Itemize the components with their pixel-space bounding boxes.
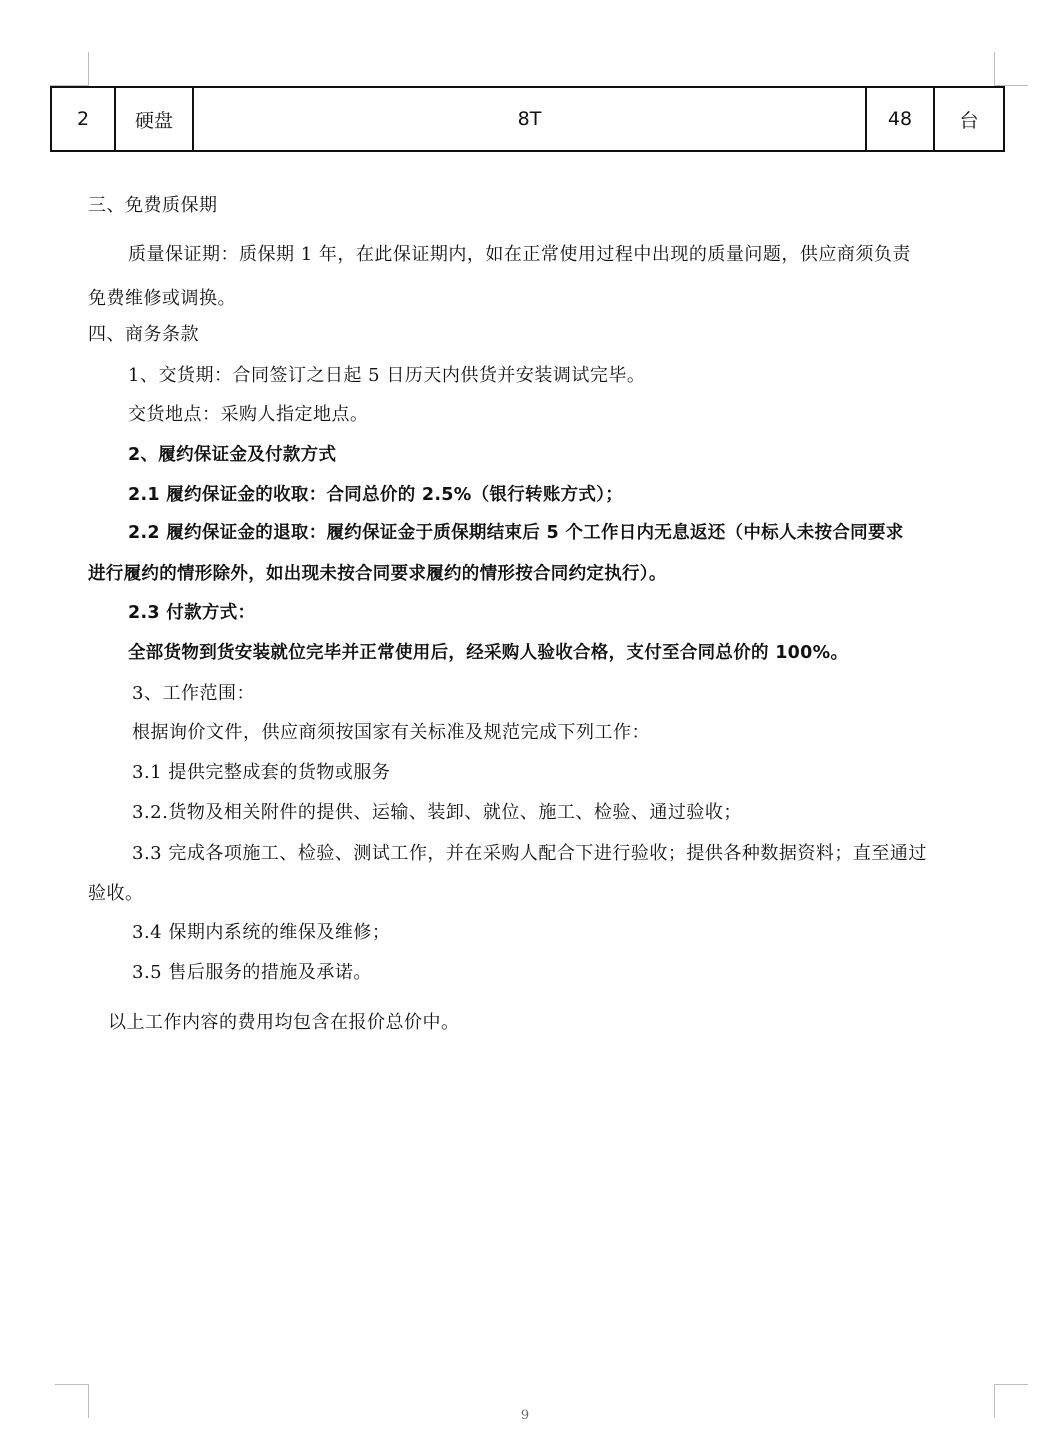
scope-item-3-3: 3.3 完成各项施工、检验、测试工作，并在采购人配合下进行验收；提供各种数据资料… (132, 839, 927, 865)
page-number: 9 (0, 1408, 1050, 1423)
equipment-table: 2 硬盘 8T 48 台 (50, 86, 1005, 152)
crop-mark-bottom-left-h (55, 1384, 88, 1385)
scope-item-3-1: 3.1 提供完整成套的货物或服务 (132, 758, 390, 784)
cell-name: 硬盘 (115, 87, 193, 151)
table-row: 2 硬盘 8T 48 台 (51, 87, 1004, 151)
payment-text: 全部货物到货安装就位完毕并正常使用后，经采购人验收合格，支付至合同总价的 100… (128, 639, 848, 664)
deposit-collect: 2.1 履约保证金的收取：合同总价的 2.5%（银行转账方式）； (128, 481, 623, 506)
scope-item-3-3-cont: 验收。 (88, 879, 144, 905)
payment-heading: 2.3 付款方式： (128, 599, 255, 624)
warranty-paragraph-line1: 质量保证期：质保期 1 年，在此保证期内，如在正常使用过程中出现的质量问题，供应… (128, 240, 911, 266)
cell-quantity: 48 (866, 87, 934, 151)
scope-item-3-5: 3.5 售后服务的措施及承诺。 (132, 958, 372, 984)
cell-index: 2 (51, 87, 115, 151)
deposit-return-line2: 进行履约的情形除外，如出现未按合同要求履约的情形按合同约定执行）。 (88, 560, 667, 585)
scope-intro: 根据询价文件，供应商须按国家有关标准及规范完成下列工作： (132, 718, 650, 744)
cell-unit: 台 (934, 87, 1004, 151)
crop-mark-bottom-right-h (994, 1384, 1028, 1385)
deposit-return-line1: 2.2 履约保证金的退取：履约保证金于质保期结束后 5 个工作日内无息返还（中标… (128, 519, 904, 544)
scope-item-3-4: 3.4 保期内系统的维保及维修； (132, 918, 390, 944)
scope-heading: 3、工作范围： (132, 679, 255, 705)
scope-item-3-2: 3.2.货物及相关附件的提供、运输、装卸、就位、施工、检验、通过验收； (132, 798, 742, 824)
crop-mark-top-left (88, 52, 89, 86)
delivery-term: 1、交货期：合同签订之日起 5 日历天内供货并安装调试完毕。 (128, 361, 645, 387)
crop-mark-top-right (994, 52, 995, 86)
deposit-heading: 2、履约保证金及付款方式 (128, 441, 336, 466)
business-heading: 四、商务条款 (88, 320, 199, 346)
closing-statement: 以上工作内容的费用均包含在报价总价中。 (108, 1008, 460, 1034)
cell-spec: 8T (193, 87, 866, 151)
warranty-heading: 三、免费质保期 (88, 191, 218, 217)
warranty-paragraph-line2: 免费维修或调换。 (88, 284, 236, 310)
delivery-location: 交货地点：采购人指定地点。 (128, 400, 369, 426)
